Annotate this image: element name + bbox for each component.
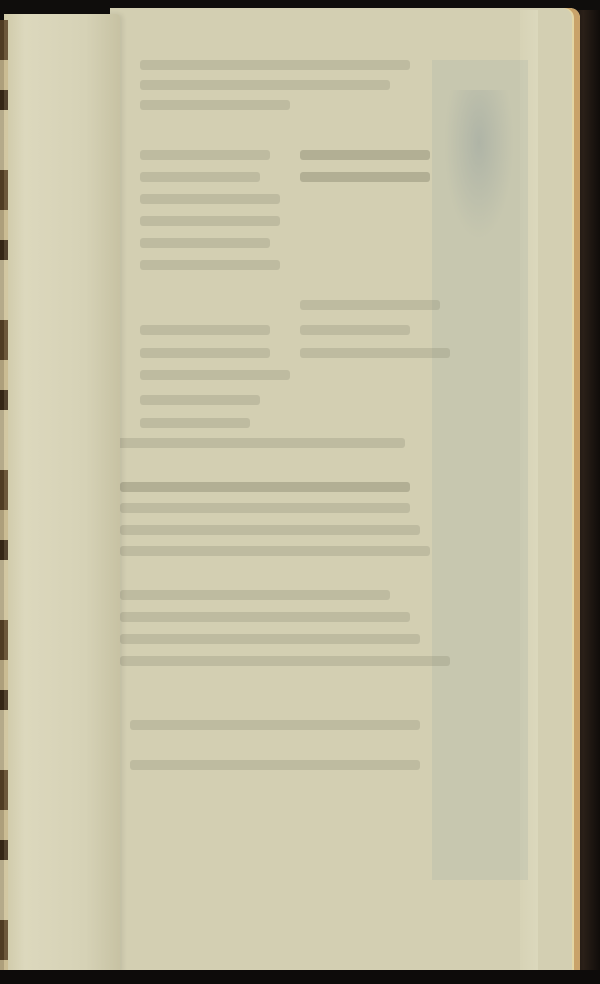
show-through-text-line: [300, 348, 450, 358]
show-through-text-line: [140, 150, 270, 160]
show-through-text-line: [140, 194, 280, 204]
show-through-text-line: [140, 80, 390, 90]
show-through-text-line: [140, 418, 250, 428]
show-through-text-line: [120, 482, 410, 492]
show-through-text-line: [140, 260, 280, 270]
show-through-text-line: [300, 172, 430, 182]
show-through-text-line: [300, 300, 440, 310]
show-through-illustration: [444, 90, 514, 240]
show-through-text-line: [130, 760, 420, 770]
show-through-text-line: [120, 503, 410, 513]
folded-endpaper-flap: [4, 14, 120, 974]
page-photograph: [0, 0, 600, 984]
show-through-text-line: [300, 150, 430, 160]
show-through-text-line: [140, 216, 280, 226]
show-through-text-line: [140, 172, 260, 182]
show-through-text-line: [300, 325, 410, 335]
bottom-shadow: [0, 970, 600, 984]
show-through-text-line: [120, 590, 390, 600]
spine-binding-edge: [0, 20, 8, 984]
show-through-text-line: [140, 325, 270, 335]
show-through-text-line: [130, 720, 420, 730]
show-through-text-line: [120, 656, 450, 666]
show-through-text-line: [140, 348, 270, 358]
show-through-text-line: [120, 546, 430, 556]
show-through-text-line: [120, 612, 410, 622]
show-through-text-line: [140, 395, 260, 405]
show-through-text-line: [140, 238, 270, 248]
show-through-text-line: [140, 100, 290, 110]
show-through-text-line: [140, 370, 290, 380]
show-through-text-line: [115, 438, 405, 448]
show-through-text-line: [120, 525, 420, 535]
show-through-text-line: [140, 60, 410, 70]
show-through-text-line: [120, 634, 420, 644]
